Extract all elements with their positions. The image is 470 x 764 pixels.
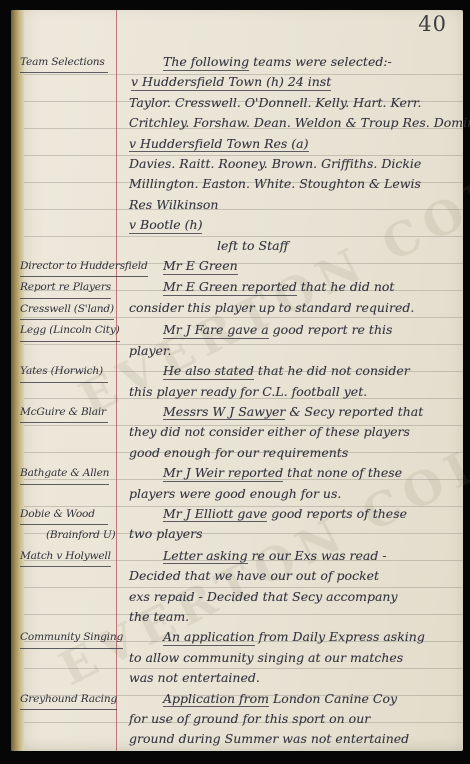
margin-column: Dobie & Wood(Brainford U): [20, 504, 117, 546]
handwritten-text: Mr J Elliott gave: [163, 506, 267, 523]
handwritten-line: they did not consider either of these pl…: [129, 422, 459, 442]
margin-column: McGuire & Blair: [20, 402, 117, 423]
minute-text-column: Mr J Elliott gave good reports of theset…: [117, 504, 459, 545]
minute-text-column: He also stated that he did not considert…: [117, 361, 459, 402]
handwritten-line: Messrs W J Sawyer & Secy reported that: [129, 402, 459, 422]
handwritten-text: good report re this: [269, 322, 393, 337]
handwritten-text: that he did not: [297, 279, 395, 294]
handwritten-line: Application from London Canine Coy: [129, 689, 459, 709]
handwritten-text: Mr E Green: [163, 258, 238, 275]
minute-entry: Team SelectionsThe following teams were …: [20, 52, 459, 256]
handwritten-text: Millington. Easton. White. Stoughton & L…: [129, 176, 421, 191]
handwritten-line: He also stated that he did not consider: [129, 361, 459, 381]
minute-text-column: Mr E Green reported that he did notconsi…: [117, 277, 459, 318]
handwritten-line: An application from Daily Express asking: [129, 627, 459, 647]
minute-entry: Greyhound RacingApplication from London …: [20, 689, 459, 750]
minutes-body: Team SelectionsThe following teams were …: [20, 52, 459, 747]
margin-column: Team Selections: [20, 52, 117, 73]
handwritten-text: teams were selected:-: [249, 54, 392, 69]
minute-text-column: Mr J Fare gave a good report re thisplay…: [117, 320, 459, 361]
handwritten-text: Mr J Weir reported: [163, 465, 283, 482]
margin-heading: Report re Players: [20, 277, 117, 298]
handwritten-text: consider this player up to standard requ…: [129, 300, 414, 315]
handwritten-text: Davies. Raitt. Rooney. Brown. Griffiths.…: [129, 156, 421, 171]
margin-heading: Yates (Horwich): [20, 361, 117, 382]
minute-entry: Community SingingAn application from Dai…: [20, 627, 459, 688]
margin-column: Director to Huddersfield: [20, 256, 117, 277]
minute-text-column: Application from London Canine Coyfor us…: [117, 689, 459, 750]
minute-entry: Match v HolywellLetter asking re our Exs…: [20, 546, 459, 628]
margin-heading-text: Team Selections: [20, 52, 108, 73]
margin-heading-text: Legg (Lincoln City): [20, 320, 120, 341]
margin-column: Yates (Horwich): [20, 361, 117, 382]
minute-text-column: Mr E Green: [117, 256, 459, 276]
handwritten-text: An application: [163, 629, 255, 646]
handwritten-line: to allow community singing at our matche…: [129, 648, 459, 668]
handwritten-text: good reports of these: [267, 506, 407, 521]
handwritten-text: for use of ground for this sport on our: [129, 711, 370, 726]
handwritten-text: Decided that we have our out of pocket: [129, 568, 379, 583]
handwritten-text: London Canine Coy: [269, 691, 397, 706]
handwritten-text: He also stated: [163, 363, 254, 380]
margin-heading: Team Selections: [20, 52, 117, 73]
handwritten-line: Mr J Weir reported that none of these: [129, 463, 459, 483]
handwritten-text: that he did not consider: [254, 363, 410, 378]
handwritten-text: Letter asking: [163, 548, 248, 565]
margin-heading-text: Dobie & Wood: [20, 504, 108, 525]
handwritten-text: that none of these: [283, 465, 402, 480]
minute-entry: Report re PlayersCresswell (S'land)Mr E …: [20, 277, 459, 320]
handwritten-line: Davies. Raitt. Rooney. Brown. Griffiths.…: [129, 154, 459, 174]
handwritten-text: v Huddersfield Town Res (a): [129, 136, 309, 153]
handwritten-line: The following teams were selected:-: [129, 52, 459, 72]
margin-column: Greyhound Racing: [20, 689, 117, 710]
handwritten-text: was not entertained.: [129, 670, 260, 685]
handwritten-text: exs repaid - Decided that Secy accompany: [129, 589, 398, 604]
margin-heading-text: McGuire & Blair: [20, 402, 108, 423]
page-number: 40: [418, 12, 447, 36]
handwritten-text: Application from: [163, 691, 269, 708]
margin-heading: Cresswell (S'land): [20, 299, 117, 320]
handwritten-text: Taylor. Cresswell. O'Donnell. Kelly. Har…: [129, 95, 421, 110]
handwritten-line: Taylor. Cresswell. O'Donnell. Kelly. Har…: [129, 93, 459, 113]
minute-entry: Bathgate & AllenMr J Weir reported that …: [20, 463, 459, 504]
margin-column: Match v Holywell: [20, 546, 117, 567]
minute-text-column: The following teams were selected:-v Hud…: [117, 52, 459, 256]
margin-heading: Community Singing: [20, 627, 117, 648]
handwritten-text: two players: [129, 526, 203, 541]
handwritten-text: the team.: [129, 609, 189, 624]
margin-heading: Dobie & Wood: [20, 504, 117, 525]
handwritten-line: player.: [129, 341, 459, 361]
handwritten-line: Mr E Green reported that he did not: [129, 277, 459, 297]
handwritten-line: the team.: [129, 607, 459, 627]
handwritten-line: v Huddersfield Town Res (a): [129, 134, 459, 154]
handwritten-line: left to Staff: [129, 236, 459, 256]
handwritten-line: Critchley. Forshaw. Dean. Weldon & Troup…: [129, 113, 459, 133]
margin-heading-text: Bathgate & Allen: [20, 463, 109, 484]
minute-text-column: An application from Daily Express asking…: [117, 627, 459, 688]
margin-heading: Director to Huddersfield: [20, 256, 117, 277]
minute-text-column: Mr J Weir reported that none of thesepla…: [117, 463, 459, 504]
handwritten-line: v Bootle (h): [129, 215, 459, 235]
handwritten-line: exs repaid - Decided that Secy accompany: [129, 587, 459, 607]
handwritten-line: Mr J Elliott gave good reports of these: [129, 504, 459, 524]
minute-book-page: EVERTON COLLECTION EVERTON COLLECTION 40…: [11, 10, 463, 751]
margin-column: Legg (Lincoln City): [20, 320, 117, 341]
handwritten-text: The following: [163, 54, 249, 71]
minute-entry: McGuire & BlairMessrs W J Sawyer & Secy …: [20, 402, 459, 463]
handwritten-text: Mr J Fare gave a: [163, 322, 269, 339]
handwritten-line: was not entertained.: [129, 668, 459, 688]
handwritten-text: this player ready for C.L. football yet.: [129, 384, 367, 399]
handwritten-text: they did not consider either of these pl…: [129, 424, 410, 439]
handwritten-text: players were good enough for us.: [129, 486, 341, 501]
handwritten-text: Mr E Green reported: [163, 279, 297, 296]
handwritten-text: to allow community singing at our matche…: [129, 650, 403, 665]
handwritten-line: two players: [129, 524, 459, 544]
handwritten-line: Millington. Easton. White. Stoughton & L…: [129, 174, 459, 194]
margin-heading-text: Report re Players: [20, 277, 111, 298]
handwritten-line: Mr J Fare gave a good report re this: [129, 320, 459, 340]
handwritten-text: re our Exs was read -: [248, 548, 387, 563]
minute-entry: Director to HuddersfieldMr E Green: [20, 256, 459, 277]
margin-heading: Match v Holywell: [20, 546, 117, 567]
minute-entry: Dobie & Wood(Brainford U)Mr J Elliott ga…: [20, 504, 459, 546]
margin-column: Bathgate & Allen: [20, 463, 117, 484]
handwritten-text: & Secy reported that: [285, 404, 423, 419]
handwritten-text: v Bootle (h): [129, 217, 202, 234]
handwritten-text: Res Wilkinson: [129, 197, 218, 212]
scanned-minute-book-photo: { "page": { "number": "40" }, "watermark…: [0, 0, 470, 764]
handwritten-line: players were good enough for us.: [129, 484, 459, 504]
handwritten-line: this player ready for C.L. football yet.: [129, 382, 459, 402]
handwritten-line: Letter asking re our Exs was read -: [129, 546, 459, 566]
margin-heading: Bathgate & Allen: [20, 463, 117, 484]
handwritten-text: Messrs W J Sawyer: [163, 404, 285, 421]
minute-entry: Legg (Lincoln City)Mr J Fare gave a good…: [20, 320, 459, 361]
handwritten-line: Mr E Green: [129, 256, 459, 276]
margin-heading-text: Yates (Horwich): [20, 361, 108, 382]
handwritten-line: Decided that we have our out of pocket: [129, 566, 459, 586]
margin-heading-text: (Brainford U): [46, 529, 115, 541]
handwritten-line: good enough for our requirements: [129, 443, 459, 463]
handwritten-text: from Daily Express asking: [255, 629, 425, 644]
margin-heading-text: Community Singing: [20, 627, 123, 648]
margin-heading: McGuire & Blair: [20, 402, 117, 423]
margin-column: Community Singing: [20, 627, 117, 648]
minute-entry: Yates (Horwich)He also stated that he di…: [20, 361, 459, 402]
handwritten-line: Res Wilkinson: [129, 195, 459, 215]
margin-heading-text: Match v Holywell: [20, 546, 111, 567]
margin-heading-text: Cresswell (S'land): [20, 299, 114, 320]
minute-text-column: Messrs W J Sawyer & Secy reported thatth…: [117, 402, 459, 463]
handwritten-text: Critchley. Forshaw. Dean. Weldon & Troup…: [129, 115, 470, 130]
margin-heading: (Brainford U): [20, 525, 117, 545]
margin-column: Report re PlayersCresswell (S'land): [20, 277, 117, 320]
handwritten-text: left to Staff: [217, 238, 288, 253]
margin-heading-text: Greyhound Racing: [20, 689, 117, 710]
handwritten-line: consider this player up to standard requ…: [129, 298, 459, 318]
handwritten-text: v Huddersfield Town (h) 24 inst: [131, 74, 331, 91]
margin-heading: Greyhound Racing: [20, 689, 117, 710]
handwritten-line: ground during Summer was not entertained: [129, 729, 459, 749]
handwritten-text: player.: [129, 343, 172, 358]
handwritten-text: ground during Summer was not entertained: [129, 731, 409, 746]
margin-heading: Legg (Lincoln City): [20, 320, 117, 341]
handwritten-line: for use of ground for this sport on our: [129, 709, 459, 729]
handwritten-text: good enough for our requirements: [129, 445, 348, 460]
minute-text-column: Letter asking re our Exs was read -Decid…: [117, 546, 459, 628]
handwritten-line: v Huddersfield Town (h) 24 inst: [129, 72, 459, 92]
